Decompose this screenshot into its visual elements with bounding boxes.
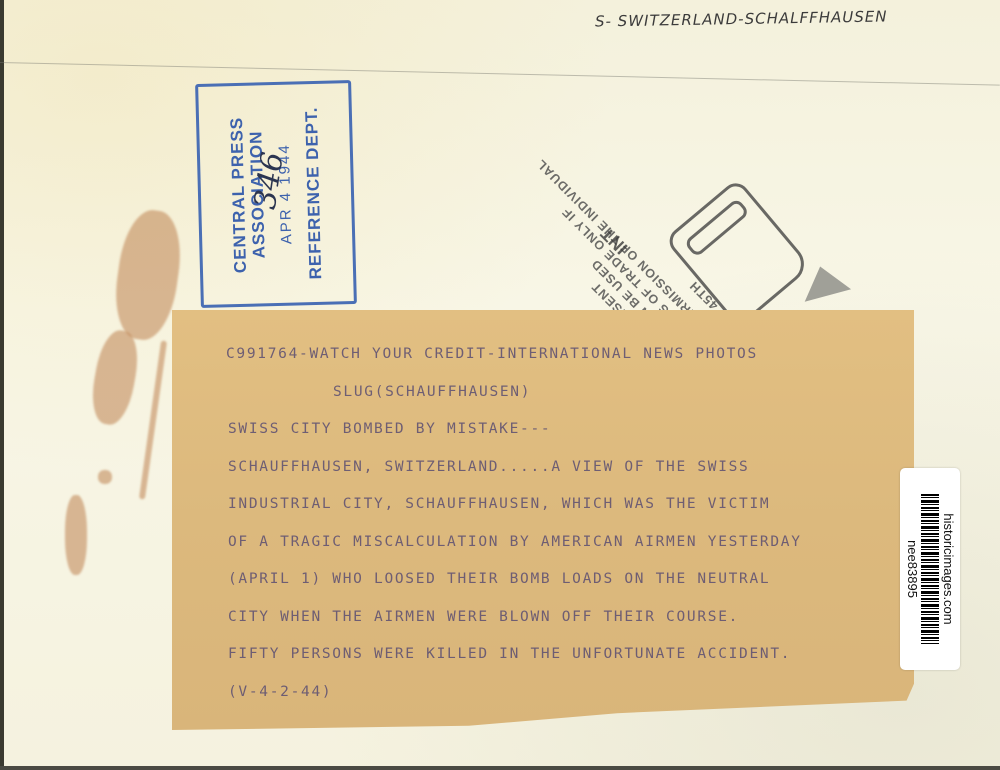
- caption-slip: C991764-WATCH YOUR CREDIT-INTERNATIONAL …: [172, 310, 914, 730]
- caption-line-1: C991764-WATCH YOUR CREDIT-INTERNATIONAL …: [226, 346, 802, 384]
- barcode-site: historicimages.com: [941, 513, 955, 624]
- caption-line-6: OF A TRAGIC MISCALCULATION BY AMERICAN A…: [228, 534, 802, 572]
- caption-line-8: CITY WHEN THE AIRMEN WERE BLOWN OFF THEI…: [228, 609, 802, 647]
- stain-bottom: [65, 495, 87, 575]
- caption-line-5: INDUSTRIAL CITY, SCHAUFFHAUSEN, WHICH WA…: [228, 496, 802, 534]
- scan-edge-bottom: [0, 766, 1000, 770]
- caption-line-3: SWISS CITY BOMBED BY MISTAKE---: [228, 421, 802, 459]
- barcode-label: historicimages.com nee83895: [900, 468, 960, 670]
- scan-edge-left: [0, 0, 4, 770]
- caption-line-9: FIFTY PERSONS WERE KILLED IN THE UNFORTU…: [228, 646, 802, 684]
- caption-text: C991764-WATCH YOUR CREDIT-INTERNATIONAL …: [228, 346, 802, 721]
- caption-line-4: SCHAUFFHAUSEN, SWITZERLAND.....A VIEW OF…: [228, 459, 802, 497]
- caption-line-2: SLUG(SCHAUFFHAUSEN): [228, 384, 802, 422]
- barcode-id: nee83895: [905, 540, 919, 598]
- caption-line-7: (APRIL 1) WHO LOOSED THEIR BOMB LOADS ON…: [228, 571, 802, 609]
- barcode-icon: [921, 494, 939, 644]
- central-press-stamp: CENTRAL PRESS ASSOCIATION APR 4 1944 REF…: [195, 80, 357, 308]
- stamp-dept: REFERENCE DEPT.: [301, 106, 326, 279]
- stain-dot: [98, 470, 112, 484]
